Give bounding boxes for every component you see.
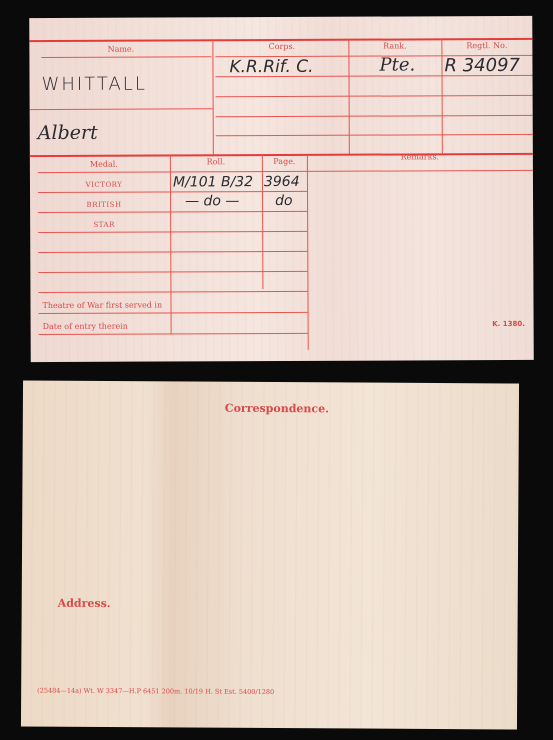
divider-name-corps — [212, 39, 214, 154]
page-victory: 3964 — [264, 174, 300, 190]
date-entry-label: Date of entry therein — [43, 321, 173, 331]
surname: WHITTALL — [41, 74, 146, 95]
corps-value: K.R.Rif. C. — [229, 57, 313, 77]
header-roll: Roll. — [170, 157, 262, 166]
roll-british: — do — — [185, 193, 239, 209]
rule — [216, 134, 533, 136]
regt-no-value: R 34097 — [444, 55, 520, 76]
medal-index-card-front: Name. Corps. Rank. Regtl. No. WHITTALL A… — [29, 16, 533, 362]
address-label: Address. — [58, 597, 111, 610]
rule — [30, 108, 213, 110]
rule — [38, 191, 307, 193]
roll-victory: M/101 B/32 — [173, 174, 253, 190]
header-page: Page. — [262, 157, 307, 166]
printer-line: (25484—14a) Wt. W 3347—H.P 6451 200m. 10… — [37, 687, 274, 696]
page-british: do — [275, 193, 293, 209]
rank-value: Pte. — [379, 54, 415, 75]
rule — [38, 291, 307, 293]
forename: Albert — [38, 122, 98, 144]
rule — [38, 231, 307, 233]
header-medal: Medal. — [38, 159, 170, 169]
rule — [38, 271, 307, 273]
header-corps: Corps. — [215, 42, 348, 52]
rule — [39, 312, 308, 314]
header-name: Name. — [29, 44, 212, 54]
medal-british: British — [38, 200, 170, 209]
medal-victory: Victory — [38, 180, 170, 189]
correspondence-title: Correspondence. — [29, 401, 525, 417]
rule — [38, 251, 307, 253]
rule — [38, 170, 533, 173]
form-code: K. 1380. — [489, 320, 529, 328]
medal-star: Star — [38, 220, 170, 229]
rule — [39, 333, 308, 335]
medal-index-card-back: Correspondence. Address. (25484—14a) Wt.… — [21, 380, 519, 729]
rule — [41, 56, 211, 58]
divider-page-remarks — [307, 155, 309, 350]
rule — [216, 95, 533, 97]
rule — [216, 115, 533, 117]
header-rank: Rank. — [348, 41, 441, 50]
header-remarks: Remarks. — [307, 152, 533, 162]
rule — [38, 211, 307, 213]
header-regt-no: Regtl. No. — [441, 41, 532, 50]
theatre-label: Theatre of War first served in — [42, 300, 172, 310]
